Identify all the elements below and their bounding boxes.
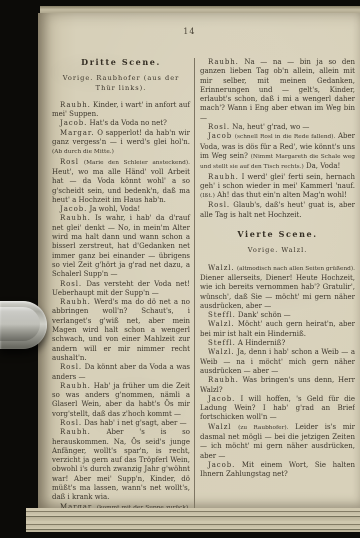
speaker-name: Jacob.: [208, 461, 235, 469]
scene-block-right: Vierte Scene. Vorige. Walzl.: [200, 230, 355, 256]
stage-direction: (Nimmt Margareth die Schale weg und stel…: [200, 154, 355, 170]
book-page-edges-left: [15, 16, 40, 514]
stage-direction: (schnell Rosl in die Rede fallend).: [235, 134, 336, 140]
speaker-name: Rosl.: [208, 201, 230, 209]
speaker-name: Raubh.: [60, 428, 91, 436]
dialog-line: Margar. O sapperlot! da hab'n wir ganz v…: [52, 129, 190, 158]
scan-background: { "colors": { "page": "#d8d1ba", "ink": …: [0, 0, 360, 538]
dialog-line: Rosl. Das hab' i net g'sagt, aber —: [52, 419, 190, 428]
speaker-name: Raubh.: [60, 382, 91, 390]
dialog-line: Steffl. Dank' schön —: [200, 311, 355, 320]
dialog-line: Rosl (Marie den Schleier ansteckend). He…: [52, 158, 190, 205]
stage-direction: (Ab durch die Mitte.): [52, 149, 114, 155]
speaker-name: Rosl.: [60, 280, 82, 288]
dialog-line: Jacob. Mit einem Wort, Sie halten Ihnern…: [200, 461, 355, 480]
speaker-name: Walzl.: [208, 320, 235, 328]
dialog-line: Steffl. A Hinderniß?: [200, 339, 355, 348]
speaker-name: Jacob.: [60, 119, 87, 127]
dialog-line: Raubh. Na — na — bin ja so den ganzen li…: [200, 58, 355, 123]
scene-heading-right: Vierte Scene.: [200, 230, 355, 239]
text-columns: Dritte Scene. Vorige. Raubhofer (aus der…: [52, 58, 355, 508]
speaker-name: Raubh.: [60, 101, 91, 109]
dialog-line: Walzl. (altmodisch nach allen Seiten grü…: [200, 264, 355, 311]
dialog-line: Rosl. Na, heut' g'rad, wo —: [200, 123, 355, 132]
speaker-name: Jacob.: [208, 395, 235, 403]
speaker-name: Steffl.: [208, 339, 236, 347]
dialog-line: Walzl. Ja, denn i hab' schon a Weib — a …: [200, 348, 355, 376]
speaker-name: Steffl.: [208, 311, 236, 319]
dialog-right-before: Raubh. Na — na — bin ja so den ganzen li…: [200, 58, 355, 220]
speaker-name: Walzl.: [208, 264, 235, 272]
speaker-name: Raubh.: [208, 173, 239, 181]
stage-direction: (zu Raubhofer).: [238, 425, 288, 431]
dialog-line: Raubh. Was bringen's uns denn, Herr Walz…: [200, 376, 355, 395]
dialog-line: Raubh. Werd's ma do dö net a no abbringe…: [52, 298, 190, 363]
dialog-line: Raubh. Kinder, i wart' in anfort auf mei…: [52, 101, 190, 120]
dialog-line: Raubh. Hab' ja früher um die Zeit so was…: [52, 382, 190, 419]
dialog-line: Raubh. Is wahr, i hab' da d'rauf net gle…: [52, 214, 190, 279]
stage-direction: (Marie den Schleier ansteckend).: [84, 160, 190, 166]
scene-heading-left: Dritte Scene.: [52, 58, 190, 67]
column-right: Raubh. Na — na — bin ja so den ganzen li…: [195, 58, 355, 508]
speaker-name: Raubh.: [60, 214, 91, 222]
speaker-name: Jacob: [208, 132, 232, 140]
speaker-name: Raubh.: [208, 58, 239, 66]
dialog-line: Rosl. Glaub's, daß's heut' guat is, aber…: [200, 201, 355, 220]
column-left: Dritte Scene. Vorige. Raubhofer (aus der…: [52, 58, 195, 508]
dialog-line: Walzl. Möcht' auch gern heirat'n, aber b…: [200, 320, 355, 339]
stage-direction: (altmodisch nach allen Seiten grüßend).: [237, 266, 355, 272]
speaker-name: Rosl.: [60, 419, 82, 427]
book-page: 14 Dritte Scene. Vorige. Raubhofer (aus …: [38, 13, 360, 508]
dialog-line: Jacob (schnell Rosl in die Rede fallend)…: [200, 132, 355, 172]
scene-cast-left: Vorige. Raubhofer (aus der Thür links).: [52, 74, 190, 93]
speaker-name: Jacob.: [60, 205, 87, 213]
dialog-line: Jacob. Ja wohl, Voda!: [52, 205, 190, 214]
stage-direction: (kommt mit der Suppe zurück).: [97, 505, 190, 508]
speaker-name: Raubh.: [60, 298, 91, 306]
dialog-right-after: Walzl. (altmodisch nach allen Seiten grü…: [200, 264, 355, 480]
dialog-line: Jacob. I will hoffen, 's Geld für die La…: [200, 395, 355, 423]
dialog-line: Walzl (zu Raubhofer). Leider is's mir da…: [200, 423, 355, 461]
speaker-name: Rosl.: [208, 123, 230, 131]
dialog-line: Margar. (kommt mit der Suppe zurück). So…: [52, 503, 190, 508]
speaker-name: Rosl: [60, 158, 79, 166]
speaker-name: Walzl.: [208, 348, 235, 356]
dialog-line: Raubh. Aber 's is so herauskommen. Na, Ö…: [52, 428, 190, 502]
speaker-name: Margar.: [60, 129, 94, 137]
speaker-name: Raubh.: [208, 376, 239, 384]
dialog-line: Rosl. Das versteht der Voda net! Ueberha…: [52, 280, 190, 299]
page-number: 14: [38, 27, 341, 36]
dialog-line: Jacob. Hat's da Voda no net?: [52, 119, 190, 128]
dialog-line: Raubh. I werd' glei' ferti sein, hernach…: [200, 173, 355, 202]
page-holder-clip-highlight: [0, 307, 40, 341]
page-holder-clip: [0, 301, 47, 349]
speaker-name: Walzl: [208, 423, 231, 431]
speaker-name: Rosl.: [60, 363, 82, 371]
dialog-line: Rosl. Da könnt aber da Voda a was anders…: [52, 363, 190, 382]
speaker-name: Margar.: [60, 503, 94, 508]
scene-cast-right: Vorige. Walzl.: [200, 246, 355, 255]
book-page-edges-bottom: [26, 508, 360, 532]
stage-direction: (Ißt.): [200, 193, 215, 199]
dialog-left: Raubh. Kinder, i wart' in anfort auf mei…: [52, 101, 190, 508]
